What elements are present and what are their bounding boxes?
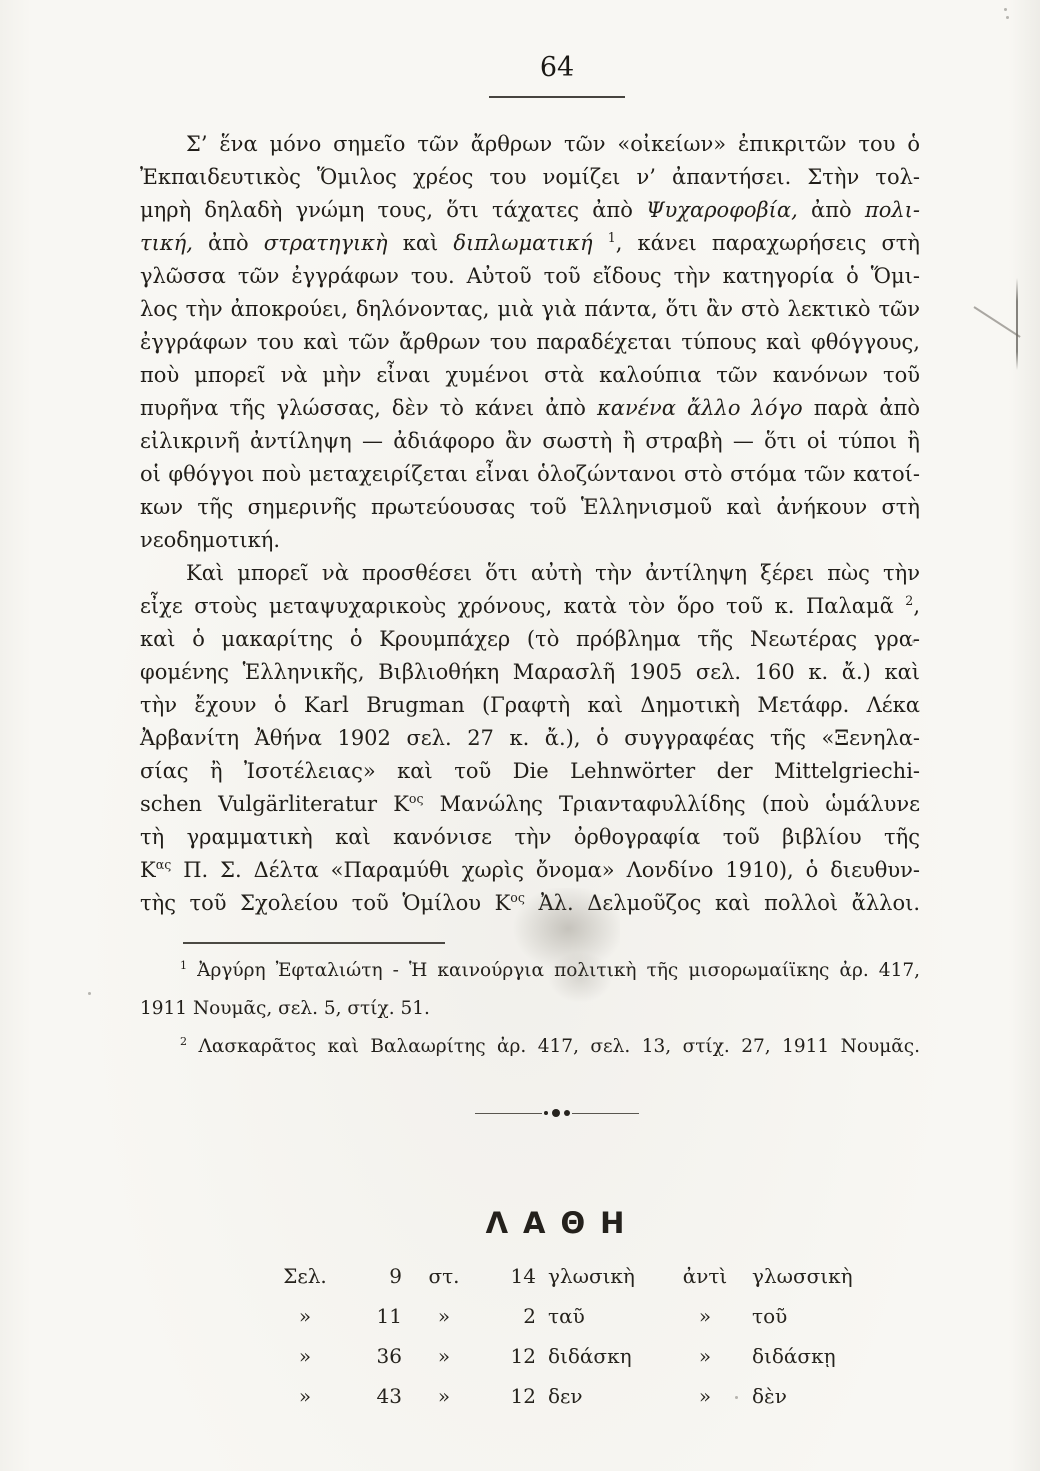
body-text-line: Σ’ ἕνα μόνο σημεῖο τῶν ἄρθρων τῶν «οἰκεί… [140,128,920,161]
body-text-line: καὶ ὁ μακαρίτης ὁ Κρουμπάχερ (τὸ πρόβλημ… [140,623,920,656]
body-text-line: μηρὴ δηλαδὴ γνώμη τους, ὅτι τάχατες ἀπὸ … [140,194,920,227]
body-text-line: νεοδημοτική. [140,524,920,557]
footnote-line: 1911 Νουμᾶς, σελ. 5, στίχ. 51. [140,990,920,1028]
errata-cell: » [670,1300,740,1333]
page-number: 64 [77,52,1037,83]
text-segment: εἶχε στοὺς μεταψυχαρικοὺς χρόνους, κατὰ … [140,594,905,618]
superscript-mark: ος [409,791,424,806]
scan-stray-line [973,306,1020,338]
body-text-line: Ἀρβανίτη Ἀθήνα 1902 σελ. 27 κ. ἄ.), ὁ συ… [140,722,920,755]
errata-cell: » [280,1380,330,1413]
text-segment: οἱ φθόγγοι ποὺ μεταχειρίζεται εἶναι ὁλοζ… [140,462,920,486]
text-segment: παρὰ ἀπὸ [803,396,920,420]
body-text-line: schen Vulgärliteratur Κος Μανώλης Τριαντ… [140,788,920,821]
page-number-rule [489,96,625,98]
body-text-line: σίας ἢ Ἰσοτέλειας» καὶ τοῦ Die Lehnwörte… [140,755,920,788]
errata-cell: στ. [414,1260,474,1293]
body-text-line: Ἐκπαιδευτικὸς Ὅμιλος χρέος του νομίζει ν… [140,161,920,194]
errata-cell: » [670,1340,740,1373]
body-text-line: κων τῆς σημερινῆς πρωτεύουσας τοῦ Ἑλληνι… [140,491,920,524]
text-segment: Ἀρβανίτη Ἀθήνα 1902 σελ. 27 κ. ἄ.), ὁ συ… [140,726,920,750]
body-text-line: ποὺ μπορεῖ νὰ μὴν εἶναι χυμένοι στὰ καλο… [140,359,920,392]
body-text-line: Κας Π. Σ. Δέλτα «Παραμύθι χωρὶς ὄνομα» Λ… [140,854,920,887]
body-text-line: φομένης Ἑλληνικῆς, Βιβλιοθήκη Μαρασλῆ 19… [140,656,920,689]
divider-dot [552,1109,560,1117]
text-segment: τὴ γραμματικὴ καὶ κανόνισε τὴν ὀρθογραφί… [140,825,920,849]
scan-speck [912,640,915,643]
body-text-line: λος τὴν ἀποκρούει, δηλόνοντας, μιὰ γιὰ π… [140,293,920,326]
errata-cell: » [280,1340,330,1373]
errata-cell: » [414,1340,474,1373]
divider-dot [544,1111,548,1115]
scanned-page: 64 Σ’ ἕνα μόνο σημεῖο τῶν ἄρθρων τῶν «οἰ… [0,0,1040,1471]
footnote-line: 2 Λασκαρᾶτος καὶ Βαλαωρίτης ἀρ. 417, σελ… [140,1028,920,1066]
scan-speck [1004,8,1007,11]
errata-cell: » [280,1300,330,1333]
body-text-line: ἐγγράφων του καὶ τῶν ἄρθρων του παραδέχε… [140,326,920,359]
text-segment: , κάνει παραχωρήσεις στὴ [616,231,920,255]
text-segment: Ἐκπαιδευτικὸς Ὅμιλος χρέος του νομίζει ν… [140,165,920,189]
errata-cell: 14 [486,1260,536,1293]
text-segment: νεοδημοτική. [140,528,280,552]
body-text-line: τὴ γραμματικὴ καὶ κανόνισε τὴν ὀρθογραφί… [140,821,920,854]
body-text-line: οἱ φθόγγοι ποὺ μεταχειρίζεται εἶναι ὁλοζ… [140,458,920,491]
text-segment: καὶ [388,231,454,255]
text-segment: 1911 Νουμᾶς, σελ. 5, στίχ. 51. [140,998,430,1019]
text-segment: κων τῆς σημερινῆς πρωτεύουσας τοῦ Ἑλληνι… [140,495,920,519]
scan-speck [735,1396,738,1399]
text-segment: ποὺ μπορεῖ νὰ μὴν εἶναι χυμένοι στὰ καλο… [140,363,920,387]
italic-text-segment: τική, [140,231,193,255]
scan-smudge [545,950,615,1005]
text-segment: ἀπὸ [798,198,865,222]
text-segment: Κ [140,858,156,882]
errata-cell: γλωσσικὴ [752,1260,902,1293]
text-segment: Π. Σ. Δέλτα «Παραμύθι χωρὶς ὄνομα» Λονδί… [171,858,920,882]
text-segment: καὶ ὁ μακαρίτης ὁ Κρουμπάχερ (τὸ πρόβλημ… [140,627,920,651]
divider-line-right [572,1113,639,1114]
text-segment: εἰλικρινῆ ἀντίληψη — ἀδιάφορο ἂν σωστὴ ἢ… [140,429,920,453]
text-segment: γλῶσσα τῶν ἐγγράφων του. Αὐτοῦ τοῦ εἴδου… [140,264,920,288]
divider-line-left [475,1113,542,1114]
text-segment: σίας ἢ Ἰσοτέλειας» καὶ τοῦ Die Lehnwörte… [140,759,920,783]
body-text-line: τική, ἀπὸ στρατηγικὴ καὶ διπλωματική 1, … [140,227,920,260]
text-segment: λος τὴν ἀποκρούει, δηλόνοντας, μιὰ γιὰ π… [140,297,920,321]
errata-cell: γλωσικὴ [548,1260,658,1293]
italic-text-segment: κανένα ἄλλο λόγο [597,396,803,420]
body-text-line: Καὶ μπορεῖ νὰ προσθέσει ὅτι αὐτὴ τὴν ἀντ… [140,557,920,590]
errata-cell: διδάσκη [548,1340,658,1373]
scan-speck [1006,16,1009,19]
errata-cell: δὲν [752,1380,902,1413]
errata-cell: 12 [486,1380,536,1413]
errata-cell: τοῦ [752,1300,902,1333]
errata-cell: Σελ. [280,1260,330,1293]
text-segment: Σ’ ἕνα μόνο σημεῖο τῶν ἄρθρων τῶν «οἰκεί… [186,132,920,156]
text-segment: , [913,594,920,618]
text-segment: Καὶ μπορεῖ νὰ προσθέσει ὅτι αὐτὴ τὴν ἀντ… [186,561,920,585]
superscript-mark: ας [156,857,172,872]
superscript-mark: 1 [180,959,187,972]
text-segment: ἀπὸ [193,231,264,255]
text-segment: τὴν ἔχουν ὁ Karl Brugman (Γραφτὴ καὶ Δημ… [140,693,920,717]
footnote-separator-rule [183,942,445,944]
errata-cell: 12 [486,1340,536,1373]
superscript-mark: 1 [608,230,616,245]
errata-cell: 11 [342,1300,402,1333]
body-text-line: εἰλικρινῆ ἀντίληψη — ἀδιάφορο ἂν σωστὴ ἢ… [140,425,920,458]
errata-cell: » [414,1380,474,1413]
errata-cell: » [670,1380,740,1413]
errata-cell: ταῦ [548,1300,658,1333]
text-segment: φομένης Ἑλληνικῆς, Βιβλιοθήκη Μαρασλῆ 19… [140,660,920,684]
text-segment: Μανώλης Τριανταφυλλίδης (ποὺ ὡμάλυνε [424,792,920,816]
text-segment: Λασκαρᾶτος καὶ Βαλαωρίτης ἀρ. 417, σελ. … [187,1036,920,1057]
errata-cell: » [414,1300,474,1333]
italic-text-segment: στρατηγικὴ [264,231,388,255]
superscript-mark: 2 [180,1035,187,1048]
errata-cell: δεν [548,1380,658,1413]
scan-speck [88,992,91,995]
text-segment: μηρὴ δηλαδὴ γνώμη τους, ὅτι τάχατες ἀπὸ [140,198,646,222]
errata-title: ΛΑΘΗ [70,1206,1040,1240]
text-segment: ἐγγράφων του καὶ τῶν ἄρθρων του παραδέχε… [140,330,920,354]
text-segment: schen Vulgärliteratur Κ [140,792,409,816]
scan-stray-line [1016,278,1018,370]
italic-text-segment: πολι- [865,198,920,222]
body-text-line: πυρῆνα τῆς γλώσσας, δὲν τὸ κάνει ἀπὸ καν… [140,392,920,425]
section-divider-ornament [475,1108,639,1118]
errata-cell: διδάσκῃ [752,1340,902,1373]
errata-cell: 9 [342,1260,402,1293]
body-text-line: τὴν ἔχουν ὁ Karl Brugman (Γραφτὴ καὶ Δημ… [140,689,920,722]
main-text-block: Σ’ ἕνα μόνο σημεῖο τῶν ἄρθρων τῶν «οἰκεί… [140,128,920,920]
body-text-line: γλῶσσα τῶν ἐγγράφων του. Αὐτοῦ τοῦ εἴδου… [140,260,920,293]
errata-cell: ἀντὶ [670,1260,740,1293]
body-text-line: εἶχε στοὺς μεταψυχαρικοὺς χρόνους, κατὰ … [140,590,920,623]
errata-table: Σελ.9στ.14γλωσικὴἀντὶγλωσσικὴ»11»2ταῦ»το… [280,1260,902,1413]
italic-text-segment: Ψυχαροφοβία, [646,198,798,222]
text-segment: τὴς τοῦ Σχολείου τοῦ Ὁμίλου Κ [140,891,510,915]
errata-cell: 2 [486,1300,536,1333]
divider-dot [564,1110,570,1116]
errata-cell: 43 [342,1380,402,1413]
italic-text-segment: διπλωματική [453,231,607,255]
errata-cell: 36 [342,1340,402,1373]
text-segment: πυρῆνα τῆς γλώσσας, δὲν τὸ κάνει ἀπὸ [140,396,597,420]
